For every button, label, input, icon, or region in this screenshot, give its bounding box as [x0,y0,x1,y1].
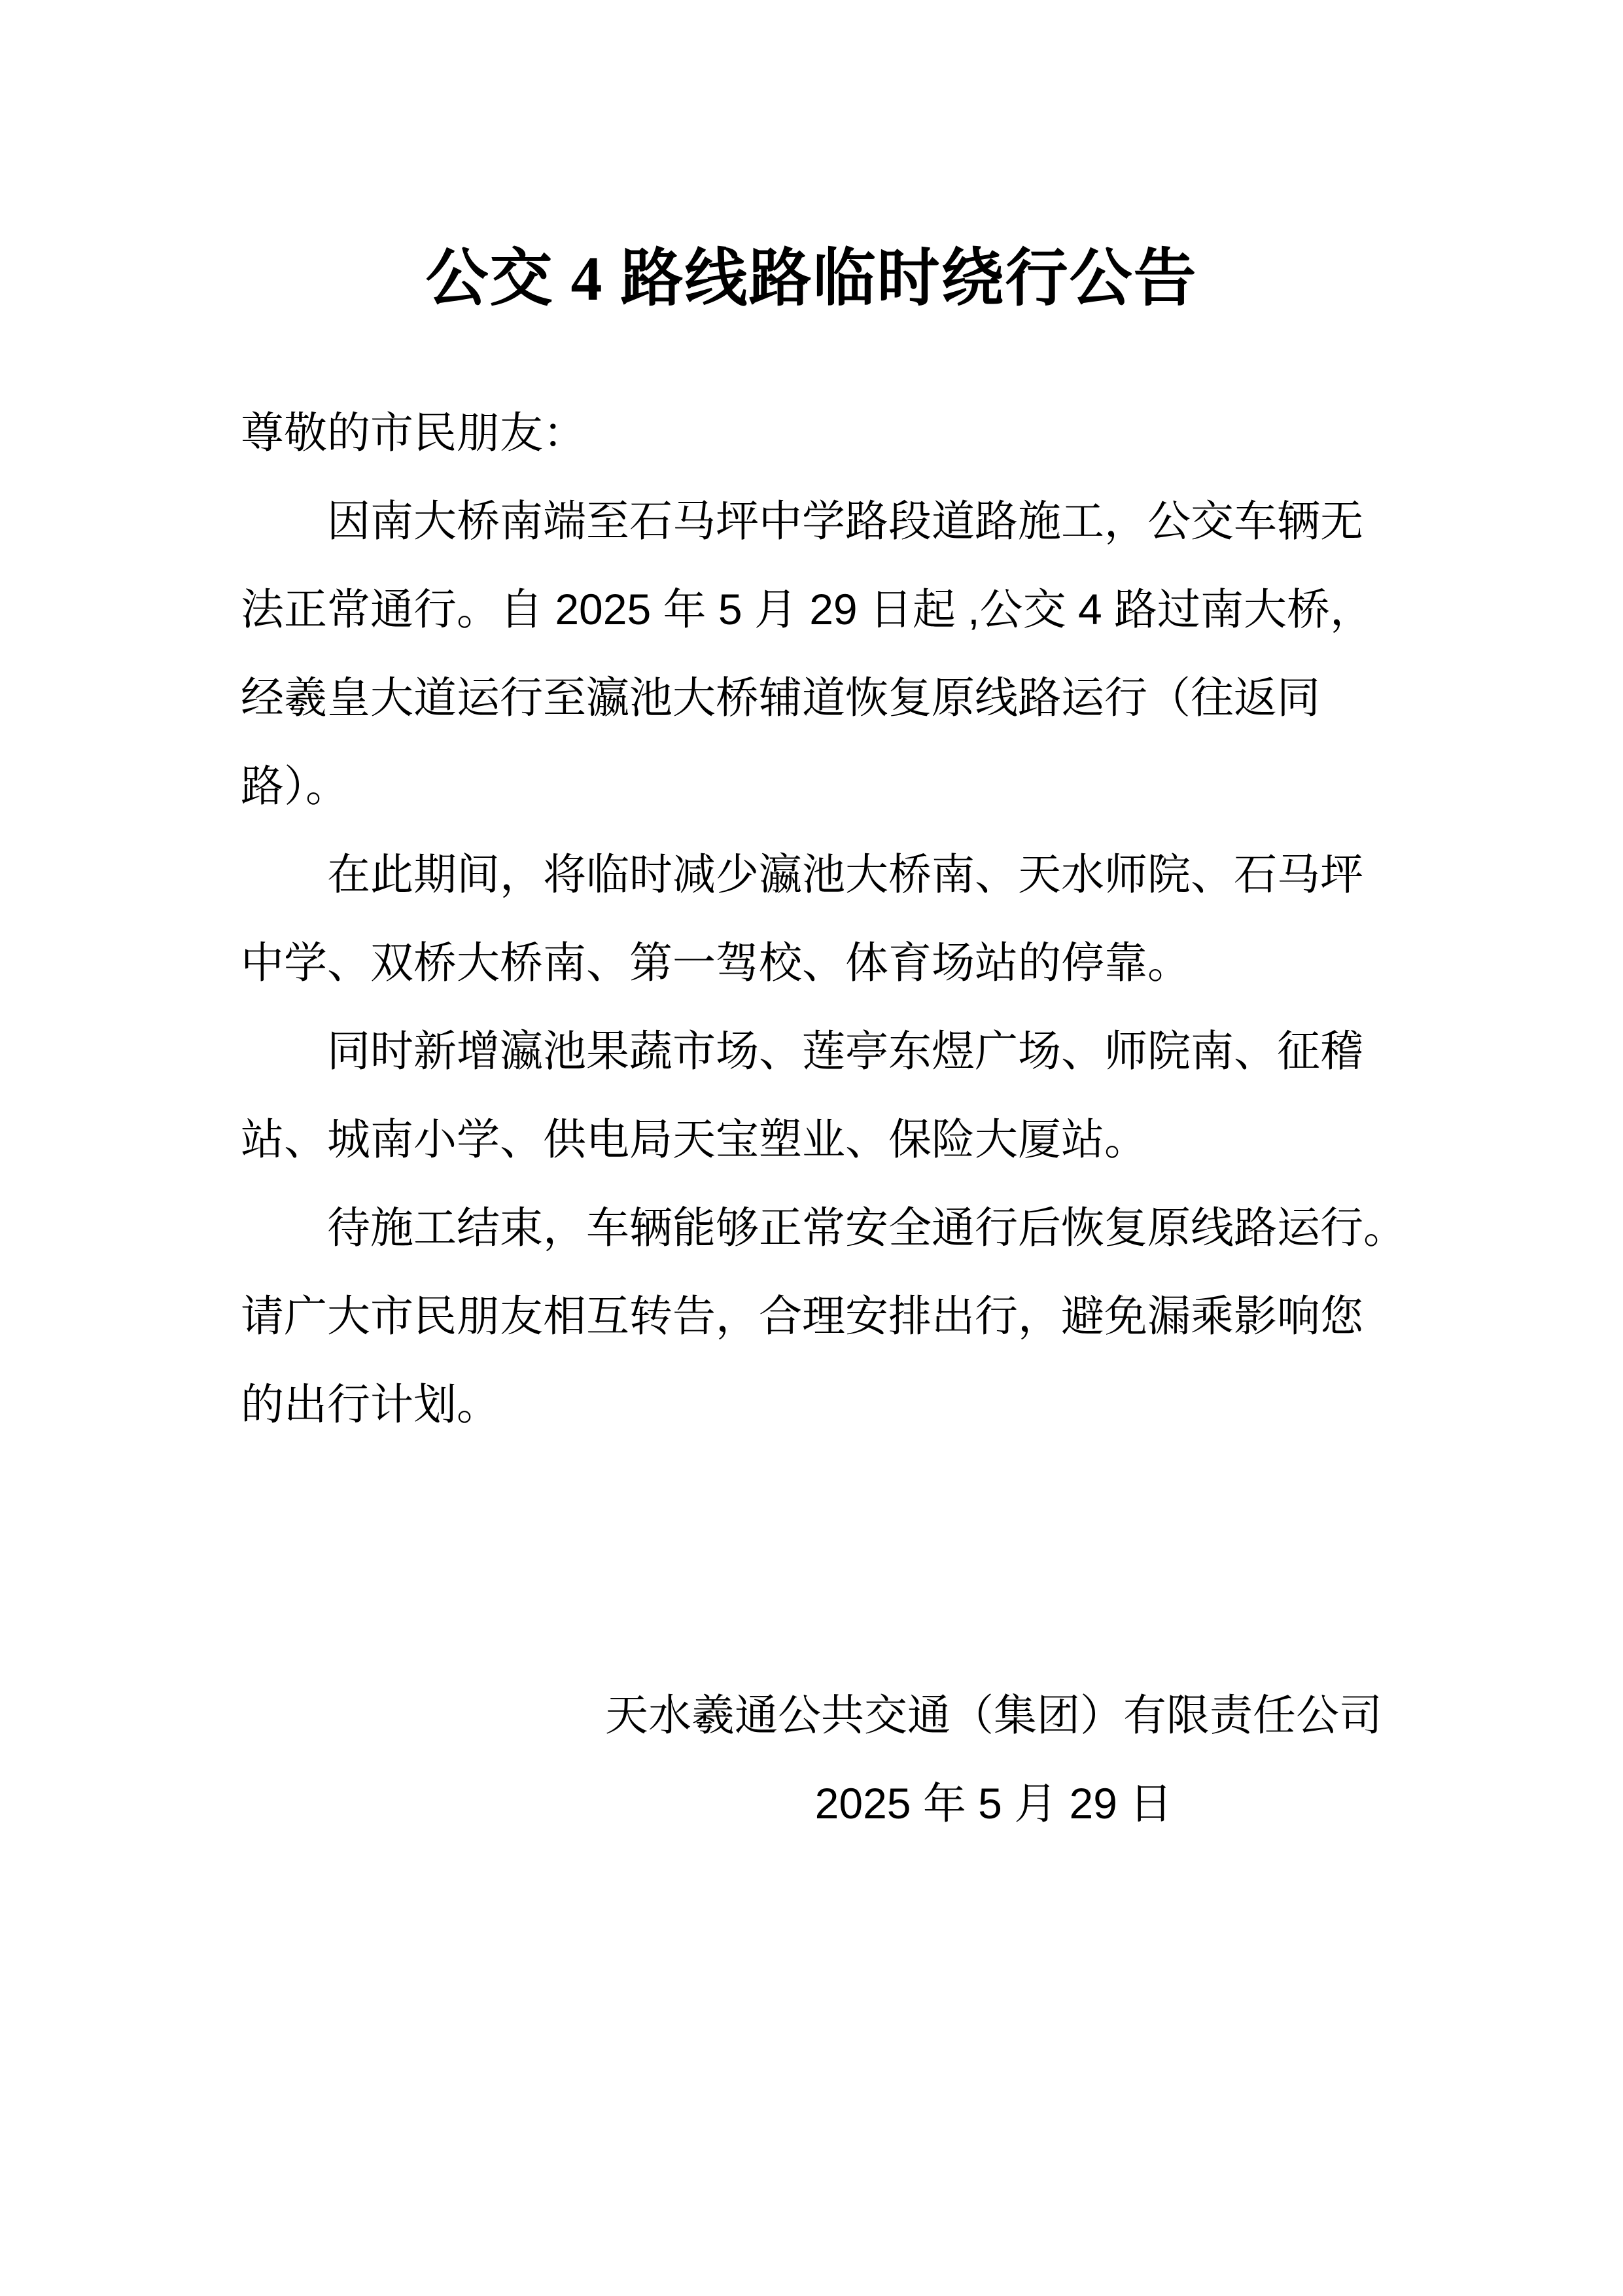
notice-body: 尊敬的市民朋友： 因南大桥南端至石马坪中学路段道路施工，公交车辆无 法正常通行。… [241,389,1382,1449]
body-line: 请广大市民朋友相互转告，合理安排出行，避免漏乘影响您 [241,1272,1382,1360]
body-line: 同时新增瀛池果蔬市场、莲亭东煜广场、师院南、征稽 [241,1007,1382,1095]
body-line: 站、城南小学、供电局天宝塑业、保险大厦站。 [241,1095,1382,1184]
notice-page: 公交 4 路线路临时绕行公告 尊敬的市民朋友： 因南大桥南端至石马坪中学路段道路… [0,0,1623,2296]
body-line: 经羲皇大道运行至瀛池大桥辅道恢复原线路运行（往返同 [241,654,1382,742]
body-line: 在此期间，将临时减少瀛池大桥南、天水师院、石马坪 [241,830,1382,919]
notice-title: 公交 4 路线路临时绕行公告 [241,0,1382,315]
signature-inner: 天水羲通公共交通（集团）有限责任公司 2025 年 5 月 29 日 [605,1671,1382,1848]
body-line: 因南大桥南端至石马坪中学路段道路施工，公交车辆无 [241,477,1382,565]
notice-content: 公交 4 路线路临时绕行公告 尊敬的市民朋友： 因南大桥南端至石马坪中学路段道路… [0,0,1623,1848]
signature-block: 天水羲通公共交通（集团）有限责任公司 2025 年 5 月 29 日 [241,1671,1382,1848]
body-line: 法正常通行。自 2025 年 5 月 29 日起 ,公交 4 路过南大桥， [241,565,1382,654]
signature-company: 天水羲通公共交通（集团）有限责任公司 [605,1671,1382,1759]
body-line: 中学、双桥大桥南、第一驾校、体育场站的停靠。 [241,919,1382,1007]
body-line: 路）。 [241,742,1382,830]
signature-date: 2025 年 5 月 29 日 [605,1759,1382,1848]
salutation-line: 尊敬的市民朋友： [241,389,1382,477]
body-line: 待施工结束，车辆能够正常安全通行后恢复原线路运行。 [241,1184,1382,1272]
body-line: 的出行计划。 [241,1360,1382,1449]
